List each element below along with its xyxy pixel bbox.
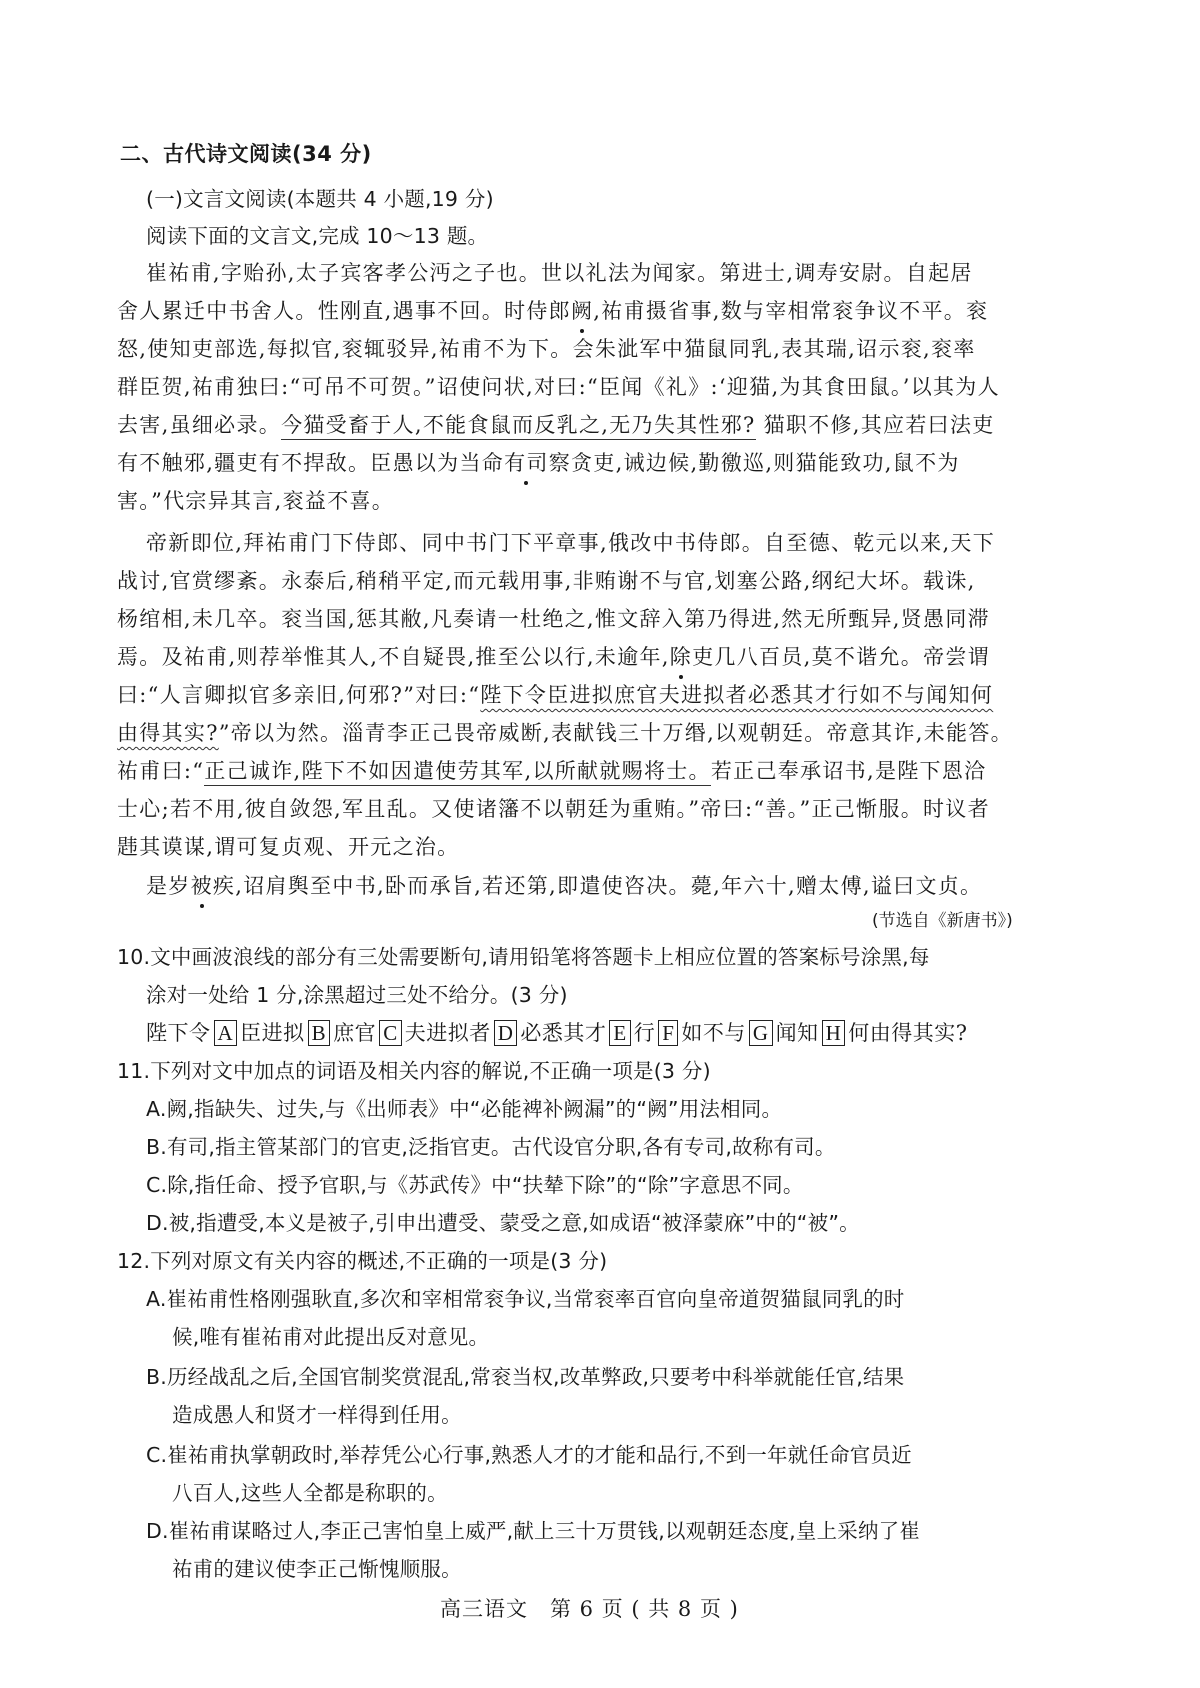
- text: 察贪吏,诫边候,勤徼巡,则猫能致功,鼠不为: [549, 451, 960, 475]
- passage-line: 帝新即位,拜祐甫门下侍郎、同中书门下平章事,俄改中书侍郎。自至德、乾元以来,天下: [146, 528, 995, 558]
- passage-line: 曰:“人言卿拟官多亲旧,何邪?”对曰:“陛下令臣进拟庶官夫进拟者必悉其才行如不与…: [117, 680, 993, 710]
- option-text: 候,唯有崔祐甫对此提出反对意见。: [172, 1322, 489, 1352]
- option-text: 祐甫的建议使李正己惭愧顺服。: [172, 1554, 462, 1584]
- option-c[interactable]: C.除,指任命、授予官职,与《苏武传》中“扶辇下除”的“除”字意思不同。: [146, 1170, 804, 1200]
- wavy-underlined-text: 陛下令臣进拟庶官夫进拟者必悉其才行如不与闻知何: [480, 683, 993, 707]
- footer-subject: 高三语文: [440, 1597, 528, 1621]
- break-option-a[interactable]: A: [214, 1020, 238, 1046]
- text: 若正己奉承诏书,是陛下恩洽: [711, 759, 987, 783]
- segment: 何由得其实?: [848, 1021, 967, 1045]
- page-footer: 高三语文第 6 页 ( 共 8 页 ): [440, 1594, 739, 1624]
- underlined-sentence-2: 正己诚诈,陛下不如因遣使劳其军,以所献就赐将士。: [204, 759, 711, 786]
- emphasis-dot-que: 阙: [571, 296, 593, 326]
- text: 祐甫曰:“: [117, 759, 204, 783]
- segment: 陛下令: [146, 1021, 211, 1045]
- passage-line: 去害,虽细必录。今猫受畜于人,不能食鼠而反乳之,无乃失其性邪? 猫职不修,其应若…: [117, 410, 995, 440]
- underlined-sentence-1: 今猫受畜于人,不能食鼠而反乳之,无乃失其性邪?: [281, 413, 756, 440]
- passage-line: 由得其实?”帝以为然。淄青李正己畏帝威断,表献钱三十万缗,以观朝廷。帝意其诈,未…: [117, 718, 1013, 748]
- text: 去害,虽细必录。: [117, 413, 281, 437]
- passage-line: 怒,使知吏部选,每拟官,衮辄驳异,祐甫不为下。会朱泚军中猫鼠同乳,表其瑞,诏示衮…: [117, 334, 976, 364]
- question-stem: 10.文中画波浪线的部分有三处需要断句,请用铅笔将答题卡上相应位置的答案标号涂黑…: [117, 942, 930, 972]
- wavy-underlined-text: 由得其实?: [117, 721, 219, 745]
- text: 吏几八百员,莫不谐允。帝尝谓: [692, 645, 990, 669]
- subsection-title: (一)文言文阅读(本题共 4 小题,19 分): [146, 184, 494, 214]
- text: ”帝以为然。淄青李正己畏帝威断,表献钱三十万缗,以观朝廷。帝意其诈,未能答。: [219, 721, 1013, 745]
- exam-page: 二、古代诗文阅读(34 分) (一)文言文阅读(本题共 4 小题,19 分) 阅…: [0, 0, 1200, 1688]
- passage-line: 祐甫曰:“正己诚诈,陛下不如因遣使劳其军,以所献就赐将士。若正己奉承诏书,是陛下…: [117, 756, 986, 786]
- passage-line: 崔祐甫,字贻孙,太子宾客孝公沔之子也。世以礼法为闻家。第进士,调寿安尉。自起居: [146, 258, 973, 288]
- break-option-f[interactable]: F: [658, 1020, 678, 1046]
- segment: 夫进拟者: [405, 1021, 491, 1045]
- text: 有司: [504, 448, 549, 478]
- emphasis-dot-bei: 被: [191, 871, 213, 901]
- passage-line: 舍人累迁中书舍人。性刚直,遇事不回。时侍郎阙,祐甫摄省事,数与宰相常衮争议不平。…: [117, 296, 988, 326]
- text: 是岁: [146, 874, 191, 898]
- segment: 必悉其才: [520, 1021, 606, 1045]
- passage-line: 杨绾相,未几卒。衮当国,惩其敝,凡奏请一杜绝之,惟文辞入第乃得进,然无所甄异,贤…: [117, 604, 990, 634]
- sentence-break-options: 陛下令A臣进拟B庶官C夫进拟者D必悉其才E行F如不与G闻知H何由得其实?: [146, 1018, 968, 1048]
- passage-line: 战讨,官赏缪紊。永泰后,稍稍平定,而元载用事,非贿谢不与官,划塞公路,纲纪大坏。…: [117, 566, 976, 596]
- segment: 臣进拟: [240, 1021, 305, 1045]
- question-stem: 11.下列对文中加点的词语及相关内容的解说,不正确一项是(3 分): [117, 1056, 711, 1086]
- option-a[interactable]: A.阙,指缺失、过失,与《出师表》中“必能裨补阙漏”的“阙”用法相同。: [146, 1094, 782, 1124]
- emphasis-dot-yousi: 有司: [504, 451, 549, 475]
- question-stem: 涂对一处给 1 分,涂黑超过三处不给分。(3 分): [146, 980, 568, 1010]
- segment: 庶官: [333, 1021, 376, 1045]
- option-b[interactable]: B.有司,指主管某部门的官吏,泛指官吏。古代设官分职,各有专司,故称有司。: [146, 1132, 836, 1162]
- break-option-d[interactable]: D: [494, 1020, 518, 1046]
- question-stem: 12.下列对原文有关内容的概述,不正确的一项是(3 分): [117, 1246, 607, 1276]
- passage-line: 韪其谟谋,谓可复贞观、开元之治。: [117, 832, 459, 862]
- emphasis-dot-chu: 除: [670, 642, 692, 672]
- passage-line: 群臣贺,祐甫独曰:“可吊不可贺。”诏使问状,对曰:“臣闻《礼》:‘迎猫,为其食田…: [117, 372, 1000, 402]
- break-option-g[interactable]: G: [749, 1020, 773, 1046]
- passage-source: (节选自《新唐书》): [872, 906, 1013, 936]
- text: 焉。及祐甫,则荐举惟其人,不自疑畏,推至公以行,未逾年,: [117, 645, 670, 669]
- text: 曰:“人言卿拟官多亲旧,何邪?”对曰:“: [117, 683, 480, 707]
- section-title: 二、古代诗文阅读(34 分): [120, 139, 372, 169]
- break-option-e[interactable]: E: [609, 1020, 630, 1046]
- segment: 闻知: [776, 1021, 819, 1045]
- text: ,祐甫摄省事,数与宰相常衮争议不平。衮: [593, 299, 988, 323]
- break-option-h[interactable]: H: [822, 1020, 846, 1046]
- break-option-c[interactable]: C: [379, 1020, 402, 1046]
- option-text: A.崔祐甫性格刚强耿直,多次和宰相常衮争议,当常衮率百官向皇帝道贺猫鼠同乳的时: [146, 1284, 905, 1314]
- option-text: B.历经战乱之后,全国官制奖赏混乱,常衮当权,改革弊政,只要考中科举就能任官,结…: [146, 1362, 904, 1392]
- option-text: 八百人,这些人全都是称职的。: [172, 1478, 448, 1508]
- segment: 如不与: [681, 1021, 746, 1045]
- passage-line: 是岁被疾,诏肩舆至中书,卧而承旨,若还第,即遣使咨决。薨,年六十,赠太傅,谥曰文…: [146, 871, 982, 901]
- option-text: 造成愚人和贤才一样得到任用。: [172, 1400, 462, 1430]
- option-text: D.崔祐甫谋略过人,李正己害怕皇上威严,献上三十万贯钱,以观朝廷态度,皇上采纳了…: [146, 1516, 920, 1546]
- text: 疾,诏肩舆至中书,卧而承旨,若还第,即遣使咨决。薨,年六十,赠太傅,谥曰文贞。: [213, 874, 982, 898]
- break-option-b[interactable]: B: [308, 1020, 331, 1046]
- footer-page-number: 第 6 页 ( 共 8 页 ): [550, 1597, 739, 1621]
- passage-line: 害。”代宗异其言,衮益不喜。: [117, 486, 394, 516]
- instruction: 阅读下面的文言文,完成 10～13 题。: [146, 221, 488, 251]
- text: 猫职不修,其应若曰法吏: [756, 413, 995, 437]
- option-text: C.崔祐甫执掌朝政时,举荐凭公心行事,熟悉人才的才能和品行,不到一年就任命官员近: [146, 1440, 912, 1470]
- passage-line: 焉。及祐甫,则荐举惟其人,不自疑畏,推至公以行,未逾年,除吏几八百员,莫不谐允。…: [117, 642, 990, 672]
- text: 有不触邪,疆吏有不捍敌。臣愚以为当命: [117, 451, 504, 475]
- passage-line: 士心;若不用,彼自敛怨,军且乱。又使诸籓不以朝廷为重贿。”帝曰:“善。”正己惭服…: [117, 794, 990, 824]
- option-d[interactable]: D.被,指遭受,本义是被子,引申出遭受、蒙受之意,如成语“被泽蒙庥”中的“被”。: [146, 1208, 860, 1238]
- segment: 行: [634, 1021, 656, 1045]
- text: 舍人累迁中书舍人。性刚直,遇事不回。时侍郎: [117, 299, 571, 323]
- passage-line: 有不触邪,疆吏有不捍敌。臣愚以为当命有司察贪吏,诫边候,勤徼巡,则猫能致功,鼠不…: [117, 448, 960, 478]
